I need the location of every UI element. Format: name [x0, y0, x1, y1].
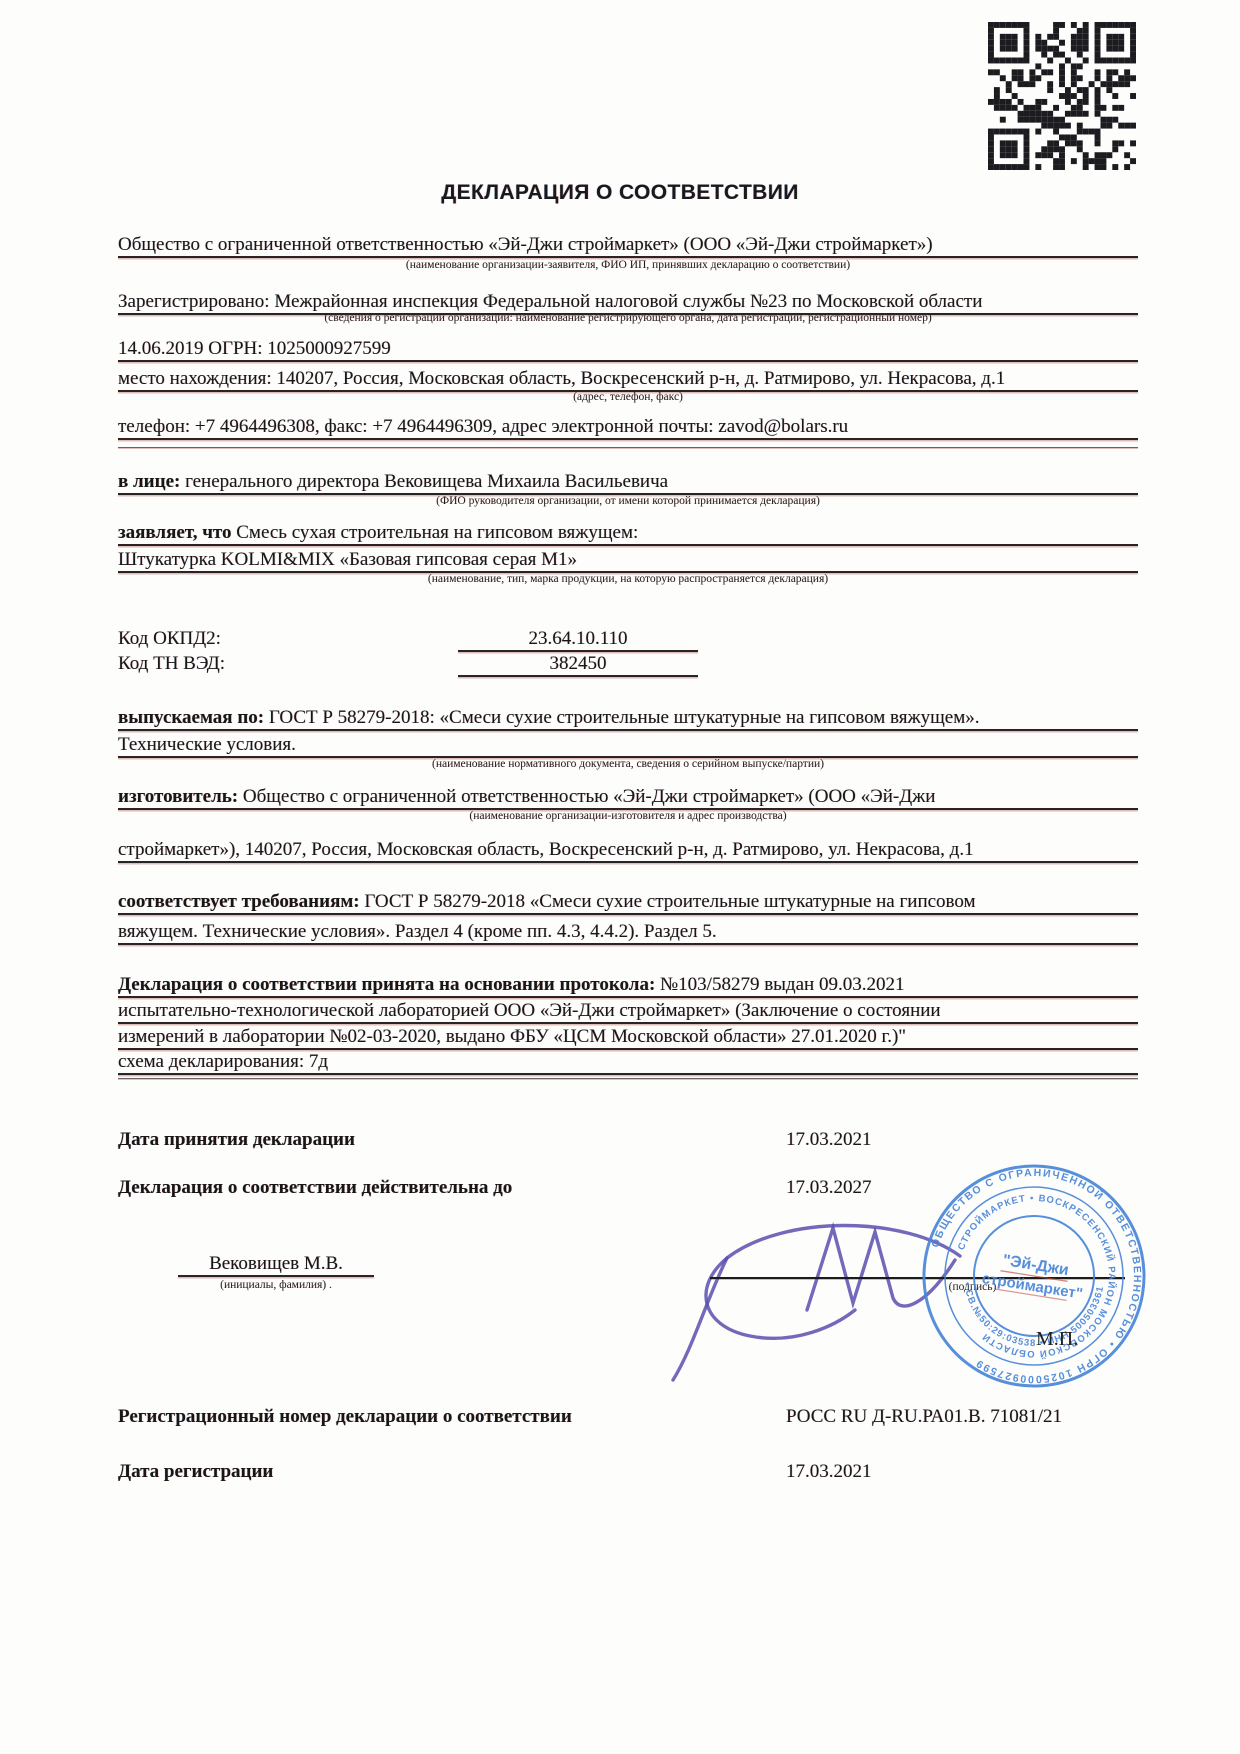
adoption-label: Дата принятия декларации [118, 1129, 355, 1150]
field-standard: выпускаемая по: ГОСТ Р 58279-2018: «Смес… [118, 706, 1138, 731]
scan-rule [118, 447, 1138, 448]
field-complies-2: вяжущем. Технические условия». Раздел 4 … [118, 920, 1138, 945]
company-stamp: ОБЩЕСТВО С ОГРАНИЧЕННОЙ ОТВЕТСТВЕННОСТЬЮ… [899, 1141, 1169, 1411]
signer-name: Вековищев М.В. [178, 1252, 374, 1277]
okpd2-value: 23.64.10.110 [458, 627, 698, 652]
product-text: Штукатурка KOLMI&MIX «Базовая гипсовая с… [118, 549, 577, 570]
caption-manufacturer: (наименование организации-изготовителя и… [118, 810, 1138, 823]
page-title: ДЕКЛАРАЦИЯ О СООТВЕТСТВИИ [0, 181, 1240, 205]
complies-text: ГОСТ Р 58279-2018 «Смеси сухие строитель… [360, 891, 976, 912]
in-person-text: генерального директора Вековищева Михаил… [180, 471, 668, 492]
stamp-mark-mp: М.П. [1036, 1328, 1078, 1351]
in-person-label: в лице: [118, 471, 180, 492]
qr-code [988, 22, 1136, 170]
basis-text2: испытательно-технологической лабораторие… [118, 1000, 941, 1021]
field-complies: соответствует требованиям: ГОСТ Р 58279-… [118, 890, 1138, 915]
field-reg-date: Дата регистрации17.03.2021 [118, 1460, 1138, 1483]
field-reg-number: Регистрационный номер декларации о соотв… [118, 1405, 1138, 1428]
contacts-text: телефон: +7 4964496308, факс: +7 4964496… [118, 416, 848, 437]
declares-text: Смесь сухая строительная на гипсовом вяж… [232, 522, 639, 543]
caption-product: (наименование, тип, марка продукции, на … [118, 573, 1138, 586]
caption-applicant: (наименование организации-заявителя, ФИО… [118, 259, 1138, 272]
ogrn-text: 14.06.2019 ОГРН: 1025000927599 [118, 338, 391, 359]
tnved-value: 382450 [458, 652, 698, 677]
address-text: место нахождения: 140207, Россия, Москов… [118, 368, 1005, 389]
manufacturer-text2: строймаркет»), 140207, Россия, Московска… [118, 839, 974, 860]
caption-standard: (наименование нормативного документа, св… [118, 758, 1138, 771]
caption-signer: (инициалы, фамилия) . [178, 1279, 374, 1292]
standard-label: выпускаемая по: [118, 707, 264, 728]
standard-text2: Технические условия. [118, 734, 296, 755]
field-applicant: Общество с ограниченной ответственностью… [118, 233, 1138, 258]
complies-text2: вяжущем. Технические условия». Раздел 4 … [118, 921, 717, 942]
applicant-text: Общество с ограниченной ответственностью… [118, 234, 933, 255]
field-standard-2: Технические условия. [118, 733, 1138, 758]
scan-rule [118, 1078, 1138, 1079]
complies-label: соответствует требованиям: [118, 891, 360, 912]
field-contacts: телефон: +7 4964496308, факс: +7 4964496… [118, 415, 1138, 440]
field-manufacturer: изготовитель: Общество с ограниченной от… [118, 785, 1138, 810]
field-address: место нахождения: 140207, Россия, Москов… [118, 367, 1138, 392]
signer-name-text: Вековищев М.В. [209, 1253, 343, 1274]
valid-until-value: 17.03.2027 [786, 1176, 872, 1199]
caption-registered: (сведения о регистрации организации: наи… [118, 312, 1138, 325]
basis-text3: измерений в лаборатории №02-03-2020, выд… [118, 1026, 906, 1047]
manufacturer-label: изготовитель: [118, 786, 238, 807]
field-okpd2: Код ОКПД2:23.64.10.110 [118, 627, 1138, 650]
caption-in-person: (ФИО руководителя организации, от имени … [118, 495, 1138, 508]
registered-text: Зарегистрировано: Межрайонная инспекция … [118, 291, 982, 312]
field-tnved: Код ТН ВЭД:382450 [118, 652, 1138, 675]
stamp-center-line2: строймаркет" [981, 1270, 1084, 1303]
field-basis: Декларация о соответствии принята на осн… [118, 973, 1138, 998]
reg-number-label: Регистрационный номер декларации о соотв… [118, 1406, 572, 1427]
reg-number-value: РОСС RU Д-RU.РА01.В. 71081/21 [786, 1405, 1062, 1428]
field-manufacturer-2: строймаркет»), 140207, Россия, Московска… [118, 838, 1138, 863]
field-basis-4: схема декларирования: 7д [118, 1050, 1138, 1075]
tnved-label: Код ТН ВЭД: [118, 653, 225, 674]
declares-label: заявляет, что [118, 522, 232, 543]
field-in-person: в лице: генерального директора Вековищев… [118, 470, 1138, 495]
basis-text: №103/58279 выдан 09.03.2021 [655, 974, 904, 995]
valid-until-label: Декларация о соответствии действительна … [118, 1177, 512, 1198]
reg-date-label: Дата регистрации [118, 1461, 273, 1482]
caption-address: (адрес, телефон, факс) [118, 391, 1138, 404]
field-ogrn: 14.06.2019 ОГРН: 1025000927599 [118, 337, 1138, 362]
basis-label: Декларация о соответствии принята на осн… [118, 974, 655, 995]
adoption-value: 17.03.2021 [786, 1128, 872, 1151]
reg-date-value: 17.03.2021 [786, 1460, 872, 1483]
standard-text: ГОСТ Р 58279-2018: «Смеси сухие строител… [264, 707, 979, 728]
declaration-document: ДЕКЛАРАЦИЯ О СООТВЕТСТВИИ Общество с огр… [0, 0, 1240, 1754]
field-basis-3: измерений в лаборатории №02-03-2020, выд… [118, 1025, 1138, 1050]
field-adoption-date: Дата принятия декларации17.03.2021 [118, 1128, 1138, 1151]
field-declares: заявляет, что Смесь сухая строительная н… [118, 521, 1138, 546]
field-product: Штукатурка KOLMI&MIX «Базовая гипсовая с… [118, 548, 1138, 573]
okpd2-label: Код ОКПД2: [118, 628, 221, 649]
basis-text4: схема декларирования: 7д [118, 1051, 328, 1072]
manufacturer-text: Общество с ограниченной ответственностью… [238, 786, 935, 807]
field-basis-2: испытательно-технологической лабораторие… [118, 999, 1138, 1024]
